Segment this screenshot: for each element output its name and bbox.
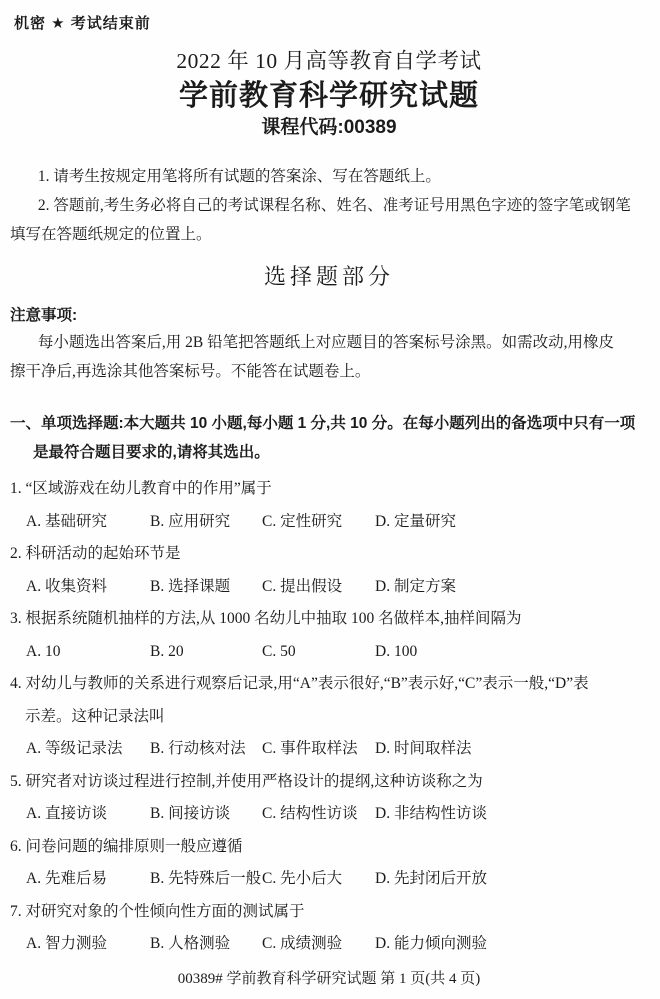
question-7-stem: 7. 对研究对象的个性倾向性方面的测试属于	[10, 896, 648, 929]
question-5-option-c: C. 结构性访谈	[262, 798, 375, 831]
question-6-option-b: B. 先特殊后一般	[150, 863, 262, 896]
question-2-option-d: D. 制定方案	[375, 571, 648, 604]
question-2-option-c: C. 提出假设	[262, 571, 375, 604]
question-4-option-c: C. 事件取样法	[262, 733, 375, 766]
part-one-heading-line-1: 一、单项选择题:本大题共 10 小题,每小题 1 分,共 10 分。在每小题列出…	[10, 409, 648, 438]
question-1-option-b: B. 应用研究	[150, 506, 262, 539]
page-footer: 00389# 学前教育科学研究试题 第 1 页(共 4 页)	[10, 966, 648, 992]
question-2: 2. 科研活动的起始环节是 A. 收集资料 B. 选择课题 C. 提出假设 D.…	[10, 538, 648, 603]
question-5-option-a: A. 直接访谈	[26, 798, 150, 831]
question-5: 5. 研究者对访谈过程进行控制,并使用严格设计的提纲,这种访谈称之为 A. 直接…	[10, 766, 648, 831]
question-2-stem: 2. 科研活动的起始环节是	[10, 538, 648, 571]
question-5-stem: 5. 研究者对访谈过程进行控制,并使用严格设计的提纲,这种访谈称之为	[10, 766, 648, 799]
question-4-option-a: A. 等级记录法	[26, 733, 150, 766]
part-one-heading: 一、单项选择题:本大题共 10 小题,每小题 1 分,共 10 分。在每小题列出…	[10, 409, 648, 467]
question-2-option-a: A. 收集资料	[26, 571, 150, 604]
question-list: 1. “区域游戏在幼儿教育中的作用”属于 A. 基础研究 B. 应用研究 C. …	[10, 473, 648, 961]
question-4-options: A. 等级记录法 B. 行动核对法 C. 事件取样法 D. 时间取样法	[26, 733, 648, 766]
question-1-options: A. 基础研究 B. 应用研究 C. 定性研究 D. 定量研究	[26, 506, 648, 539]
question-7-option-c: C. 成绩测验	[262, 928, 375, 961]
paper-title: 学前教育科学研究试题	[10, 79, 648, 113]
question-4-option-b: B. 行动核对法	[150, 733, 262, 766]
question-4: 4. 对幼儿与教师的关系进行观察后记录,用“A”表示很好,“B”表示好,“C”表…	[10, 668, 648, 766]
exam-paper-page: 机密 ★ 考试结束前 2022 年 10 月高等教育自学考试 学前教育科学研究试…	[0, 0, 660, 999]
question-7-options: A. 智力测验 B. 人格测验 C. 成绩测验 D. 能力倾向测验	[26, 928, 648, 961]
question-5-option-b: B. 间接访谈	[150, 798, 262, 831]
question-7-option-a: A. 智力测验	[26, 928, 150, 961]
question-3-stem: 3. 根据系统随机抽样的方法,从 1000 名幼儿中抽取 100 名做样本,抽样…	[10, 603, 648, 636]
question-6-option-d: D. 先封闭后开放	[375, 863, 648, 896]
question-5-option-d: D. 非结构性访谈	[375, 798, 648, 831]
question-4-stem-line-1: 4. 对幼儿与教师的关系进行观察后记录,用“A”表示很好,“B”表示好,“C”表…	[10, 668, 648, 701]
question-7: 7. 对研究对象的个性倾向性方面的测试属于 A. 智力测验 B. 人格测验 C.…	[10, 896, 648, 961]
course-code: 课程代码:00389	[10, 115, 648, 141]
question-6-option-c: C. 先小后大	[262, 863, 375, 896]
question-7-option-b: B. 人格测验	[150, 928, 262, 961]
question-1-option-c: C. 定性研究	[262, 506, 375, 539]
notes-line-1: 每小题选出答案后,用 2B 铅笔把答题纸上对应题目的答案标号涂黑。如需改动,用橡…	[10, 328, 648, 357]
question-4-option-d: D. 时间取样法	[375, 733, 648, 766]
question-1-option-a: A. 基础研究	[26, 506, 150, 539]
instruction-item-2-line-1: 2. 答题前,考生务必将自己的考试课程名称、姓名、准考证号用黑色字迹的签字笔或钢…	[10, 191, 648, 220]
general-instructions: 1. 请考生按规定用笔将所有试题的答案涂、写在答题纸上。 2. 答题前,考生务必…	[10, 162, 648, 249]
question-7-option-d: D. 能力倾向测验	[375, 928, 648, 961]
security-classification-label: 机密 ★ 考试结束前	[14, 14, 648, 34]
question-6-stem: 6. 问卷问题的编排原则一般应遵循	[10, 831, 648, 864]
instruction-item-1: 1. 请考生按规定用笔将所有试题的答案涂、写在答题纸上。	[10, 162, 648, 191]
question-1-option-d: D. 定量研究	[375, 506, 648, 539]
question-2-options: A. 收集资料 B. 选择课题 C. 提出假设 D. 制定方案	[26, 571, 648, 604]
question-3-options: A. 10 B. 20 C. 50 D. 100	[26, 636, 648, 669]
question-1-stem: 1. “区域游戏在幼儿教育中的作用”属于	[10, 473, 648, 506]
notes-line-2: 擦干净后,再选涂其他答案标号。不能答在试题卷上。	[10, 357, 648, 386]
instruction-item-2-line-2: 填写在答题纸规定的位置上。	[10, 220, 648, 249]
question-6-options: A. 先难后易 B. 先特殊后一般 C. 先小后大 D. 先封闭后开放	[26, 863, 648, 896]
question-3-option-a: A. 10	[26, 636, 150, 669]
question-3-option-d: D. 100	[375, 636, 648, 669]
question-3-option-c: C. 50	[262, 636, 375, 669]
question-1: 1. “区域游戏在幼儿教育中的作用”属于 A. 基础研究 B. 应用研究 C. …	[10, 473, 648, 538]
question-5-options: A. 直接访谈 B. 间接访谈 C. 结构性访谈 D. 非结构性访谈	[26, 798, 648, 831]
question-3-option-b: B. 20	[150, 636, 262, 669]
question-4-stem-line-2: 示差。这种记录法叫	[10, 701, 648, 734]
section-title-multiple-choice: 选择题部分	[10, 261, 648, 293]
question-2-option-b: B. 选择课题	[150, 571, 262, 604]
question-3: 3. 根据系统随机抽样的方法,从 1000 名幼儿中抽取 100 名做样本,抽样…	[10, 603, 648, 668]
exam-session-title: 2022 年 10 月高等教育自学考试	[10, 46, 648, 76]
notes-heading: 注意事项:	[10, 304, 648, 328]
part-one-heading-line-2: 是最符合题目要求的,请将其选出。	[10, 438, 648, 467]
question-6-option-a: A. 先难后易	[26, 863, 150, 896]
question-6: 6. 问卷问题的编排原则一般应遵循 A. 先难后易 B. 先特殊后一般 C. 先…	[10, 831, 648, 896]
